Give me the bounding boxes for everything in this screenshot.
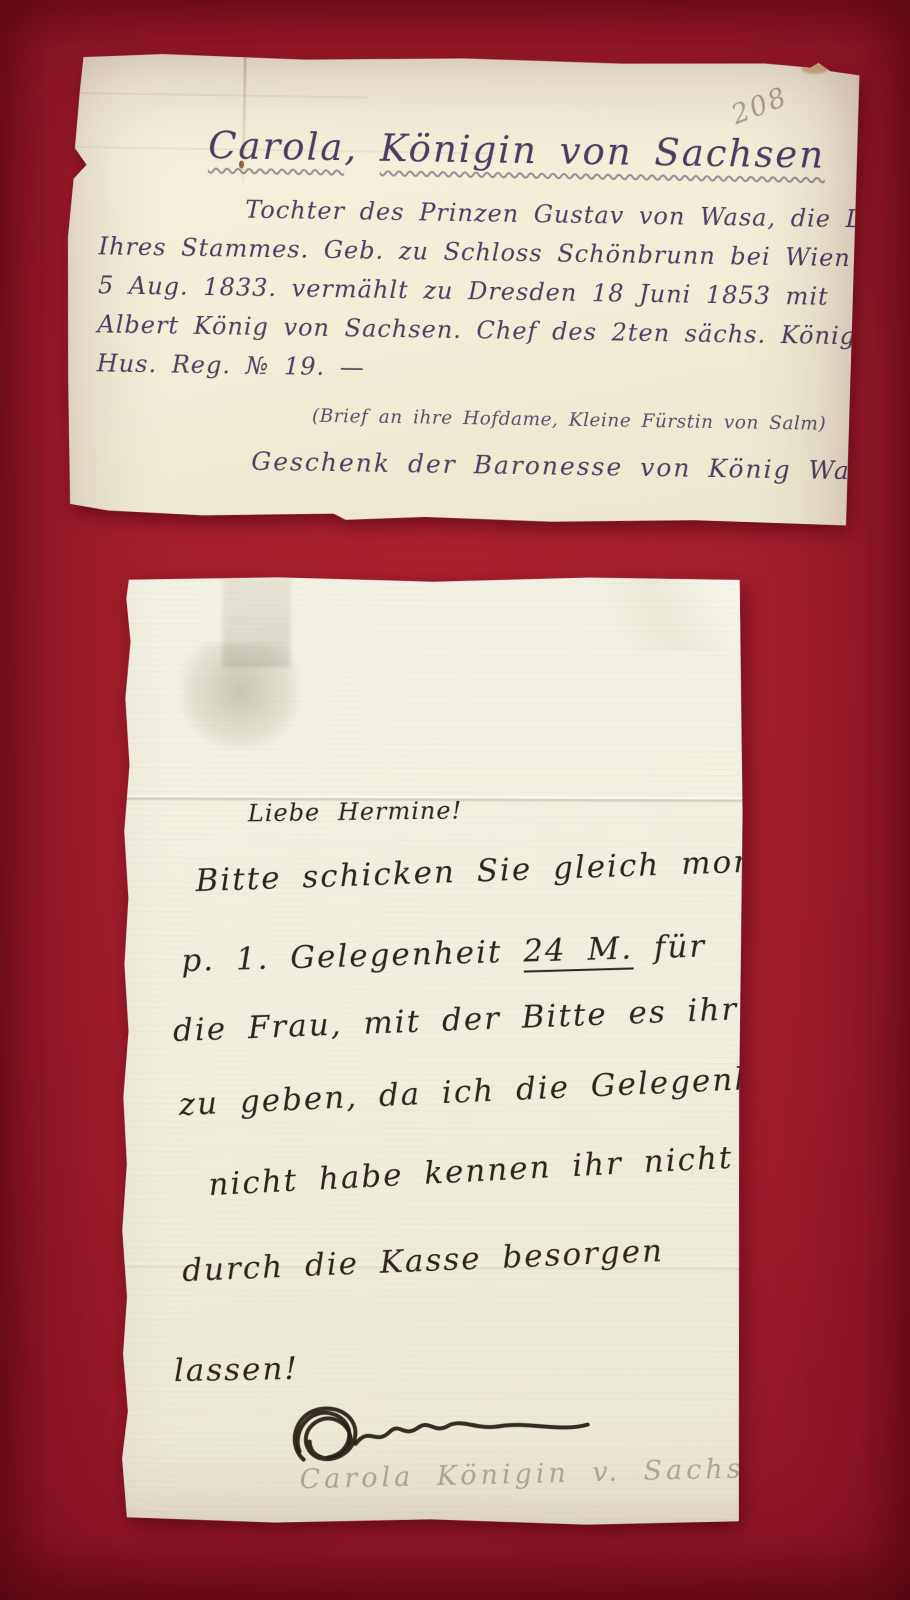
letter-line2-amount: 24 M. — [523, 931, 634, 970]
card-edge-chip — [801, 63, 827, 73]
letter-paper: Liebe Hermine! Bitte schicken Sie gleich… — [119, 575, 744, 1527]
card-provenance: Geschenk der Baronesse von König Warthau… — [251, 447, 910, 487]
card-title-style: Königin von Sachsen — [380, 127, 826, 177]
letter-line: nicht habe kennen ihr nicht — [208, 1140, 735, 1203]
card-title-separator: , — [344, 126, 380, 170]
letter-line2-suffix: für — [633, 928, 707, 966]
letter-line2-prefix: p. 1. Gelegenheit — [181, 934, 524, 980]
letter-corner-crease — [554, 576, 744, 651]
biography-card: 208 Carola, Königin von Sachsen Tochter … — [60, 50, 859, 530]
card-title: Carola, Königin von Sachsen — [208, 124, 826, 177]
card-horizontal-crease-1 — [67, 92, 367, 99]
letter-line: zu geben, da ich die Gelegenheit — [178, 1059, 804, 1123]
card-footnote: (Brief an ihre Hofdame, Kleine Fürstin v… — [312, 406, 826, 435]
letter-line: lassen! — [174, 1351, 300, 1389]
handwritten-letter: Liebe Hermine! Bitte schicken Sie gleich… — [119, 575, 744, 1527]
letter-line: Bitte schicken Sie gleich morgen — [195, 842, 815, 900]
pencil-inventory-number: 208 — [727, 81, 792, 131]
card-title-name: Carola — [208, 124, 345, 169]
letter-line: durch die Kasse besorgen — [181, 1233, 664, 1289]
letter-line: p. 1. Gelegenheit 24 M. für — [181, 928, 707, 979]
card-body-text: Tochter des Prinzen Gustav von Wasa, die… — [96, 188, 910, 396]
letter-salutation: Liebe Hermine! — [248, 796, 463, 827]
biography-card-paper: 208 Carola, Königin von Sachsen Tochter … — [60, 50, 859, 530]
letter-tape-stain — [182, 643, 298, 747]
letter-line: die Frau, mit der Bitte es ihr — [172, 991, 739, 1049]
photo-of-documents: 208 Carola, Königin von Sachsen Tochter … — [0, 0, 910, 1600]
